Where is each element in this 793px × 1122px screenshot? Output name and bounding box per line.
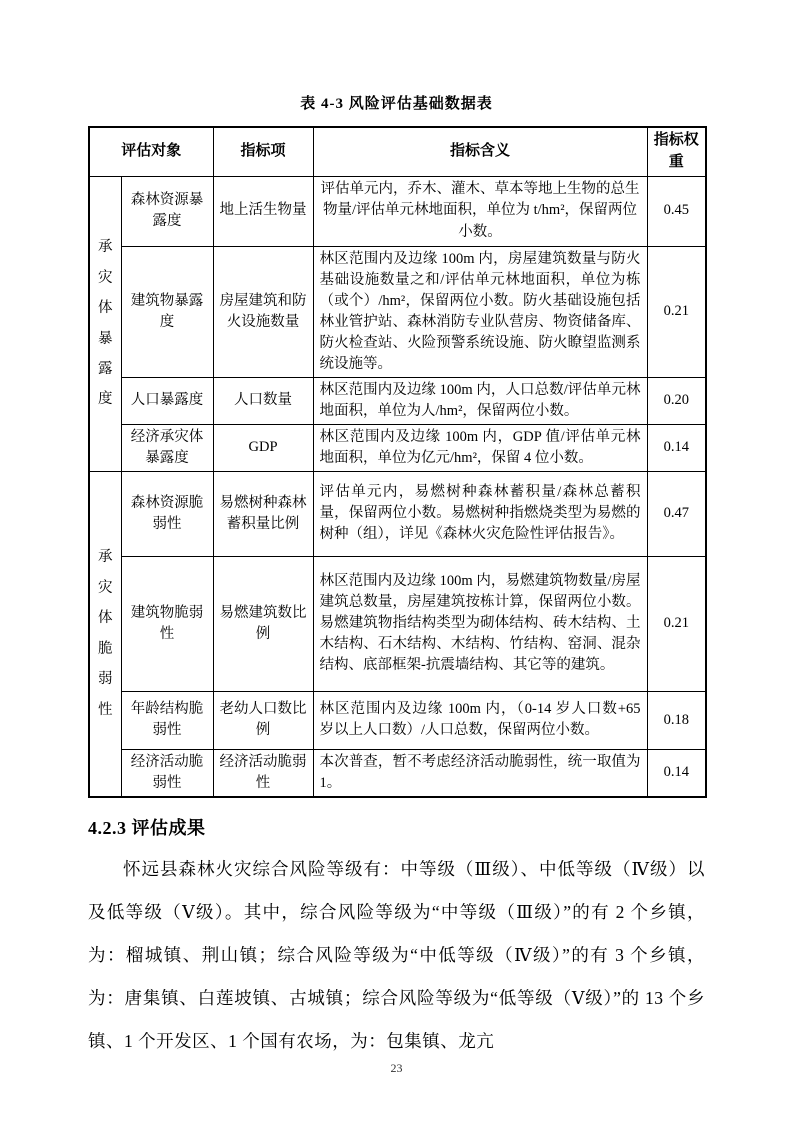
cell-meaning: 林区范围内及边缘 100m 内，（0-14 岁人口数+65 岁以上人口数）/人口…	[313, 691, 647, 749]
body-paragraph: 怀远县森林火灾综合风险等级有：中等级（Ⅲ级）、中低等级（Ⅳ级）以及低等级（Ⅴ级）…	[88, 848, 705, 1063]
table-caption: 表 4-3 风险评估基础数据表	[88, 92, 705, 113]
table-row: 承灾体脆弱性 森林资源脆弱性 易燃树种森林蓄积量比例 评估单元内，易燃树种森林蓄…	[89, 471, 706, 556]
table-header-row: 评估对象 指标项 指标含义 指标权重	[89, 127, 706, 176]
table-row: 人口暴露度 人口数量 林区范围内及边缘 100m 内，人口总数/评估单元林地面积…	[89, 377, 706, 424]
cell-meaning: 林区范围内及边缘 100m 内，GDP 值/评估单元林地面积，单位为亿元/hm²…	[313, 424, 647, 471]
cell-object: 建筑物脆弱性	[121, 556, 213, 691]
table-row: 建筑物脆弱性 易燃建筑数比例 林区范围内及边缘 100m 内，易燃建筑物数量/房…	[89, 556, 706, 691]
cell-item: 老幼人口数比例	[213, 691, 313, 749]
cell-object: 经济活动脆弱性	[121, 749, 213, 797]
cell-weight: 0.21	[647, 556, 706, 691]
table-row: 经济活动脆弱性 经济活动脆弱性 本次普查，暂不考虑经济活动脆弱性，统一取值为 1…	[89, 749, 706, 797]
cell-object: 森林资源暴露度	[121, 176, 213, 246]
table-row: 承灾体暴露度 森林资源暴露度 地上活生物量 评估单元内，乔木、灌木、草本等地上生…	[89, 176, 706, 246]
cell-meaning: 林区范围内及边缘 100m 内，人口总数/评估单元林地面积，单位为人/hm²，保…	[313, 377, 647, 424]
cell-weight: 0.18	[647, 691, 706, 749]
group-vulnerability-label: 承灾体脆弱性	[97, 542, 113, 725]
cell-weight: 0.20	[647, 377, 706, 424]
cell-meaning: 本次普查，暂不考虑经济活动脆弱性，统一取值为 1。	[313, 749, 647, 797]
group-exposure: 承灾体暴露度	[89, 176, 121, 471]
cell-meaning: 林区范围内及边缘 100m 内，易燃建筑物数量/房屋建筑总数量，房屋建筑按栋计算…	[313, 556, 647, 691]
cell-object: 年龄结构脆弱性	[121, 691, 213, 749]
table-row: 建筑物暴露度 房屋建筑和防火设施数量 林区范围内及边缘 100m 内，房屋建筑数…	[89, 246, 706, 377]
cell-object: 森林资源脆弱性	[121, 471, 213, 556]
cell-object: 建筑物暴露度	[121, 246, 213, 377]
cell-item: 人口数量	[213, 377, 313, 424]
header-item: 指标项	[213, 127, 313, 176]
cell-item: 易燃树种森林蓄积量比例	[213, 471, 313, 556]
cell-meaning: 评估单元内，易燃树种森林蓄积量/森林总蓄积量，保留两位小数。易燃树种指燃烧类型为…	[313, 471, 647, 556]
cell-item: GDP	[213, 424, 313, 471]
cell-object: 经济承灾体暴露度	[121, 424, 213, 471]
cell-weight: 0.47	[647, 471, 706, 556]
cell-item: 房屋建筑和防火设施数量	[213, 246, 313, 377]
group-exposure-label: 承灾体暴露度	[97, 232, 113, 415]
cell-item: 地上活生物量	[213, 176, 313, 246]
header-weight: 指标权重	[647, 127, 706, 176]
table-row: 经济承灾体暴露度 GDP 林区范围内及边缘 100m 内，GDP 值/评估单元林…	[89, 424, 706, 471]
section-heading: 4.2.3 评估成果	[88, 814, 705, 840]
cell-object: 人口暴露度	[121, 377, 213, 424]
header-meaning: 指标含义	[313, 127, 647, 176]
cell-item: 易燃建筑数比例	[213, 556, 313, 691]
cell-weight: 0.21	[647, 246, 706, 377]
cell-weight: 0.14	[647, 749, 706, 797]
cell-meaning: 林区范围内及边缘 100m 内，房屋建筑数量与防火基础设施数量之和/评估单元林地…	[313, 246, 647, 377]
cell-weight: 0.45	[647, 176, 706, 246]
cell-weight: 0.14	[647, 424, 706, 471]
cell-item: 经济活动脆弱性	[213, 749, 313, 797]
header-object: 评估对象	[89, 127, 213, 176]
page-number: 23	[0, 1061, 793, 1076]
group-vulnerability: 承灾体脆弱性	[89, 471, 121, 797]
page-content: 表 4-3 风险评估基础数据表 评估对象 指标项 指标含义 指标权重 承灾体暴露…	[88, 0, 705, 1063]
cell-meaning: 评估单元内，乔木、灌木、草本等地上生物的总生物量/评估单元林地面积，单位为 t/…	[313, 176, 647, 246]
risk-assessment-table: 评估对象 指标项 指标含义 指标权重 承灾体暴露度 森林资源暴露度 地上活生物量…	[88, 126, 707, 798]
table-row: 年龄结构脆弱性 老幼人口数比例 林区范围内及边缘 100m 内，（0-14 岁人…	[89, 691, 706, 749]
